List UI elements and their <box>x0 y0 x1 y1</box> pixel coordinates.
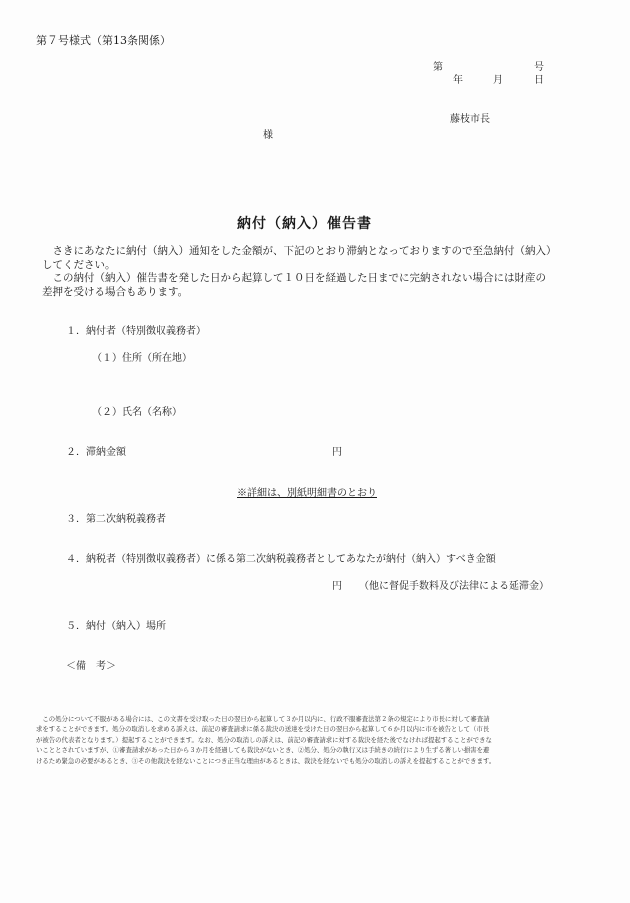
recipient-honorific: 様 <box>263 129 273 142</box>
item-5-payment-place: ５．納付（納入）場所 <box>66 620 166 633</box>
doc-number-prefix: 第 <box>433 61 443 74</box>
appeal-notice-line-1: この処分について不服がある場合には、この文書を受け取った日の翌日から起算して３か… <box>36 714 602 724</box>
intro-line-1: さきにあなたに納付（納入）通知をした金額が、下記のとおり滞納となっておりますので… <box>42 245 602 259</box>
item-2-arrears-amount: ２．滞納金額 <box>66 446 126 459</box>
document-title: 納付（納入）催告書 <box>237 213 372 233</box>
appeal-notice-line-3: が被告の代表者となります。）提起することができます。なお、処分の取消しの訴えは、… <box>36 735 602 745</box>
intro-line-4: 差押を受ける場合もあります。 <box>42 286 602 300</box>
appeal-notice-line-5: けるため緊急の必要があるとき、③その他裁決を経ないことにつき正当な理由があるとき… <box>36 756 602 766</box>
appeal-notice: この処分について不服がある場合には、この文書を受け取った日の翌日から起算して３か… <box>36 714 602 766</box>
item-1-payer: １．納付者（特別徴収義務者） <box>66 325 206 338</box>
appeal-notice-line-2: 求をすることができます。処分の取消しを求める訴えは、前記の審査請求に係る裁決の送… <box>36 724 602 734</box>
item-1-address: （１）住所（所在地） <box>92 352 192 365</box>
doc-number-suffix: 号 <box>534 61 544 74</box>
appeal-notice-line-4: いこととされていますが、①審査請求があった日から３か月を経過しても裁決がないとき… <box>36 745 602 755</box>
date-month-label: 月 <box>493 74 503 87</box>
intro-line-3: この納付（納入）催告書を発した日から起算して１０日を経過した日までに完納されない… <box>42 272 602 286</box>
date-day-label: 日 <box>534 74 544 87</box>
item-4-yen-unit: 円 <box>332 580 342 593</box>
issuer-name: 藤枝市長 <box>450 113 490 126</box>
document-page: 第７号様式（第13条関係） 第 号 年 月 日 藤枝市長 様 納付（納入）催告書… <box>0 0 630 903</box>
date-year-label: 年 <box>453 74 463 87</box>
item-2-yen-unit: 円 <box>332 446 342 459</box>
item-4-extra-fees-note: （他に督促手数料及び法律による延滞金） <box>359 580 549 593</box>
detail-statement-note: ※詳細は、別紙明細書のとおり <box>237 487 377 500</box>
item-1-name: （２）氏名（名称） <box>92 406 182 419</box>
item-4-amount-due: ４．納税者（特別徴収義務者）に係る第二次納税義務者としてあなたが納付（納入）すべ… <box>66 553 496 566</box>
intro-paragraph: さきにあなたに納付（納入）通知をした金額が、下記のとおり滞納となっておりますので… <box>42 245 602 299</box>
item-3-secondary-taxpayer: ３．第二次納税義務者 <box>66 513 166 526</box>
form-number: 第７号様式（第13条関係） <box>36 34 171 48</box>
intro-line-2: してください。 <box>42 259 602 273</box>
remarks-heading: ＜備 考＞ <box>66 660 116 673</box>
